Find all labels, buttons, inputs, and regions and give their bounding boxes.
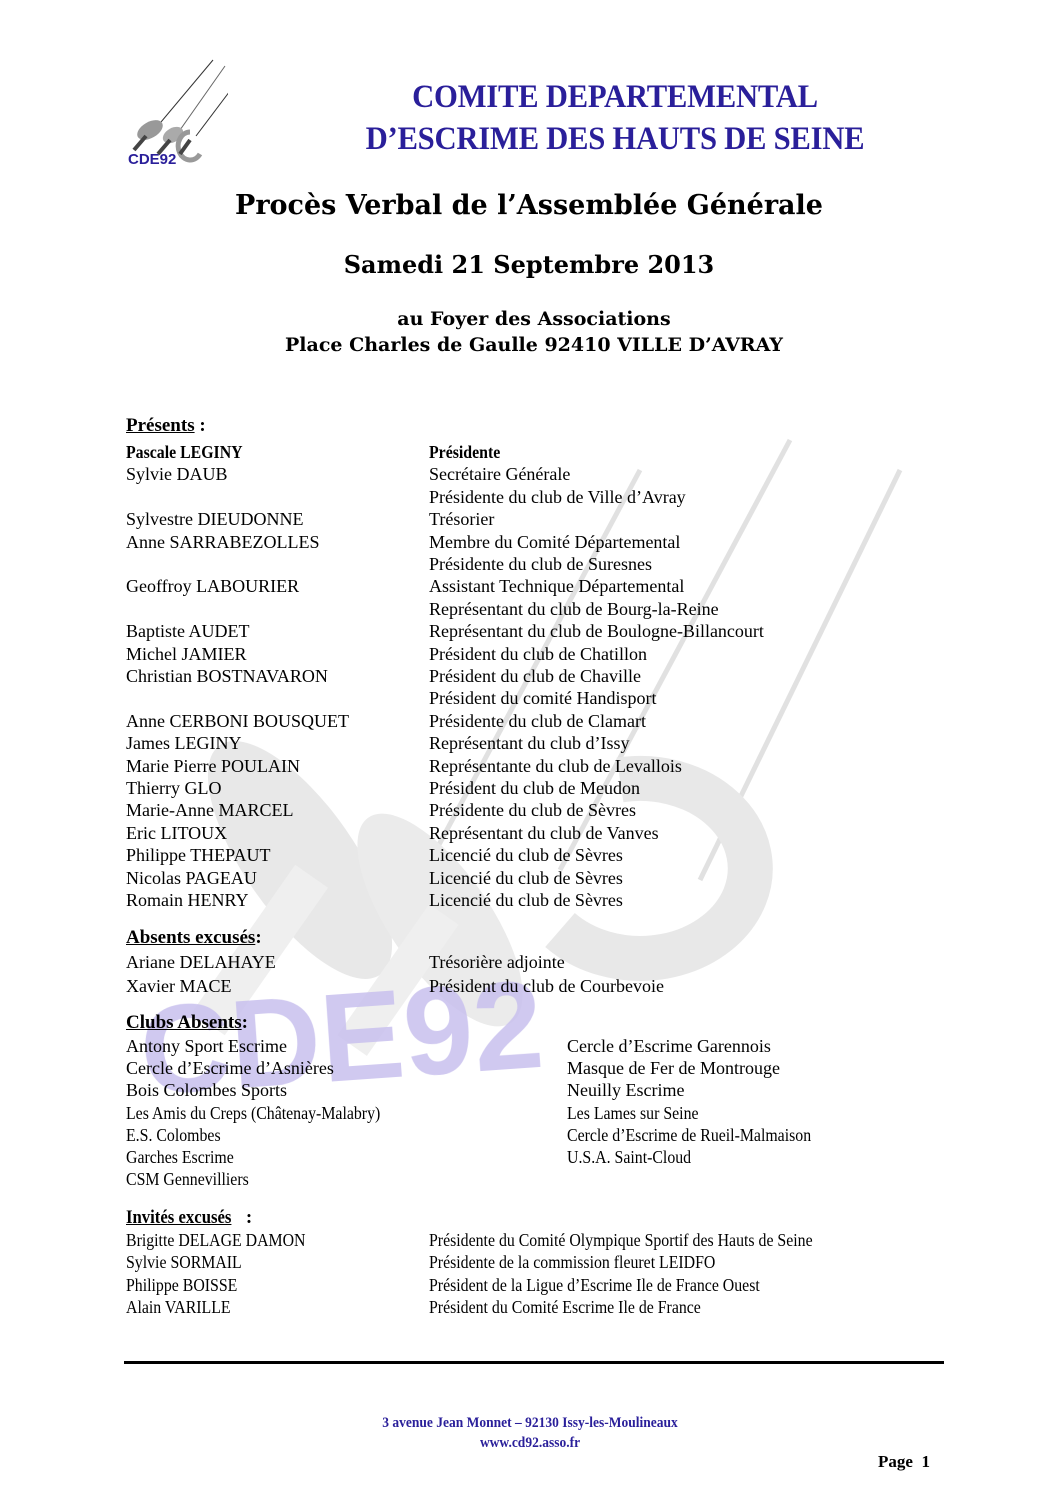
section-colon: : [242, 1012, 248, 1033]
attendee-name: Anne CERBONI BOUSQUET [126, 710, 349, 732]
attendee-name: Marie Pierre POULAIN [126, 755, 300, 777]
section-title: Clubs Absents [126, 1012, 242, 1033]
absent-name: Xavier MACE [126, 975, 231, 997]
section-presents-heading: Présents : [126, 414, 206, 437]
page-number: Page 1 [878, 1452, 930, 1472]
website-link[interactable]: www.cd92.asso.fr [323, 1433, 737, 1453]
section-invites-heading: Invités excusés: [126, 1206, 252, 1229]
attendee-role: Présidente du club de Sèvres [429, 799, 636, 821]
attendee-name: Anne SARRABEZOLLES [126, 531, 320, 553]
attendee-role: Licencié du club de Sèvres [429, 867, 623, 889]
attendee-role: Représentant du club de Bourg-la-Reine [429, 598, 719, 620]
absent-club: Cercle d’Escrime d’Asnières [126, 1057, 334, 1079]
invitee-name: Philippe BOISSE [126, 1274, 237, 1296]
attendee-name: Pascale LEGINY [126, 441, 243, 463]
attendee-role: Secrétaire Générale [429, 463, 570, 485]
page-label: Page [878, 1452, 913, 1471]
venue-line-1: au Foyer des Associations [0, 306, 1058, 332]
attendee-role: Représentant du club d’Issy [429, 732, 629, 754]
attendee-role: Président du club de Meudon [429, 777, 640, 799]
absent-club: Les Lames sur Seine [567, 1102, 699, 1124]
attendee-role: Présidente du club de Clamart [429, 710, 646, 732]
section-clubs-absents-heading: Clubs Absents: [126, 1011, 248, 1034]
document-title: Procès Verbal de l’Assemblée Générale [0, 190, 1058, 221]
attendee-name: Baptiste AUDET [126, 620, 250, 642]
section-title: Absents excusés [126, 927, 255, 948]
absent-club: Masque de Fer de Montrouge [567, 1057, 780, 1079]
attendee-role: Présidente du club de Suresnes [429, 553, 652, 575]
absent-club: Antony Sport Escrime [126, 1035, 287, 1057]
invitee-role: Président du Comité Escrime Ile de Franc… [429, 1296, 701, 1318]
address-text: 3 avenue Jean Monnet – 92130 Issy-les-Mo… [323, 1413, 737, 1433]
absent-club: Cercle d’Escrime Garennois [567, 1035, 771, 1057]
invitee-name: Brigitte DELAGE DAMON [126, 1229, 306, 1251]
absent-club: Garches Escrime [126, 1146, 234, 1168]
attendee-name: Marie-Anne MARCEL [126, 799, 293, 821]
invitee-role: Présidente de la commission fleuret LEID… [429, 1251, 715, 1273]
absent-club: CSM Gennevilliers [126, 1168, 249, 1190]
attendee-name: Geoffroy LABOURIER [126, 575, 299, 597]
attendee-name: Nicolas PAGEAU [126, 867, 257, 889]
org-line-2: D’ESCRIME DES HAUTS DE SEINE [322, 118, 908, 160]
attendee-role: Licencié du club de Sèvres [429, 844, 623, 866]
org-line-1: COMITE DEPARTEMENTAL [322, 76, 908, 118]
absent-club: Bois Colombes Sports [126, 1079, 287, 1101]
attendee-name: Sylvie DAUB [126, 463, 228, 485]
attendee-role: Membre du Comité Départemental [429, 531, 680, 553]
attendee-name: Sylvestre DIEUDONNE [126, 508, 303, 530]
invitee-role: Président de la Ligue d’Escrime Ile de F… [429, 1274, 760, 1296]
absent-role: Trésorière adjointe [429, 951, 565, 973]
attendee-role: Représentant du club de Vanves [429, 822, 659, 844]
svg-text:CDE92: CDE92 [128, 151, 176, 168]
section-title: Présents [126, 415, 195, 436]
attendee-role: Licencié du club de Sèvres [429, 889, 623, 911]
section-colon: : [246, 1207, 252, 1228]
attendee-role: Présidente [429, 441, 500, 463]
section-title: Invités excusés [126, 1207, 231, 1229]
organization-title: COMITE DEPARTEMENTAL D’ESCRIME DES HAUTS… [322, 76, 908, 160]
absent-role: Président du club de Courbevoie [429, 975, 664, 997]
cde92-logo: CDE92 [118, 58, 228, 168]
absent-club: Les Amis du Creps (Châtenay-Malabry) [126, 1102, 380, 1124]
footer-address: 3 avenue Jean Monnet – 92130 Issy-les-Mo… [323, 1413, 737, 1453]
attendee-role: Président du comité Handisport [429, 687, 656, 709]
attendee-role: Assistant Technique Départemental [429, 575, 684, 597]
absent-club: E.S. Colombes [126, 1124, 221, 1146]
invitee-name: Alain VARILLE [126, 1296, 231, 1318]
page-value: 1 [921, 1452, 930, 1471]
attendee-role: Président du club de Chaville [429, 665, 641, 687]
attendee-name: James LEGINY [126, 732, 241, 754]
absent-club: Cercle d’Escrime de Rueil-Malmaison [567, 1124, 811, 1146]
attendee-role: Représentant du club de Boulogne-Billanc… [429, 620, 764, 642]
absent-club: U.S.A. Saint-Cloud [567, 1146, 691, 1168]
meeting-date: Samedi 21 Septembre 2013 [0, 250, 1058, 279]
section-absents-heading: Absents excusés: [126, 926, 262, 949]
footer-divider [124, 1361, 944, 1364]
absent-club: Neuilly Escrime [567, 1079, 684, 1101]
venue-line-2: Place Charles de Gaulle 92410 VILLE D’AV… [0, 332, 1058, 358]
attendee-name: Thierry GLO [126, 777, 221, 799]
invitee-name: Sylvie SORMAIL [126, 1251, 242, 1273]
invitee-role: Présidente du Comité Olympique Sportif d… [429, 1229, 813, 1251]
attendee-name: Michel JAMIER [126, 643, 247, 665]
absent-name: Ariane DELAHAYE [126, 951, 276, 973]
attendee-role: Présidente du club de Ville d’Avray [429, 486, 686, 508]
venue: au Foyer des Associations Place Charles … [0, 306, 1058, 358]
attendee-role: Représentante du club de Levallois [429, 755, 682, 777]
attendee-name: Christian BOSTNAVARON [126, 665, 328, 687]
attendee-name: Romain HENRY [126, 889, 249, 911]
attendee-role: Président du club de Chatillon [429, 643, 647, 665]
attendee-name: Philippe THEPAUT [126, 844, 271, 866]
attendee-role: Trésorier [429, 508, 494, 530]
section-colon: : [195, 415, 206, 436]
attendee-name: Eric LITOUX [126, 822, 227, 844]
section-colon: : [255, 927, 261, 948]
